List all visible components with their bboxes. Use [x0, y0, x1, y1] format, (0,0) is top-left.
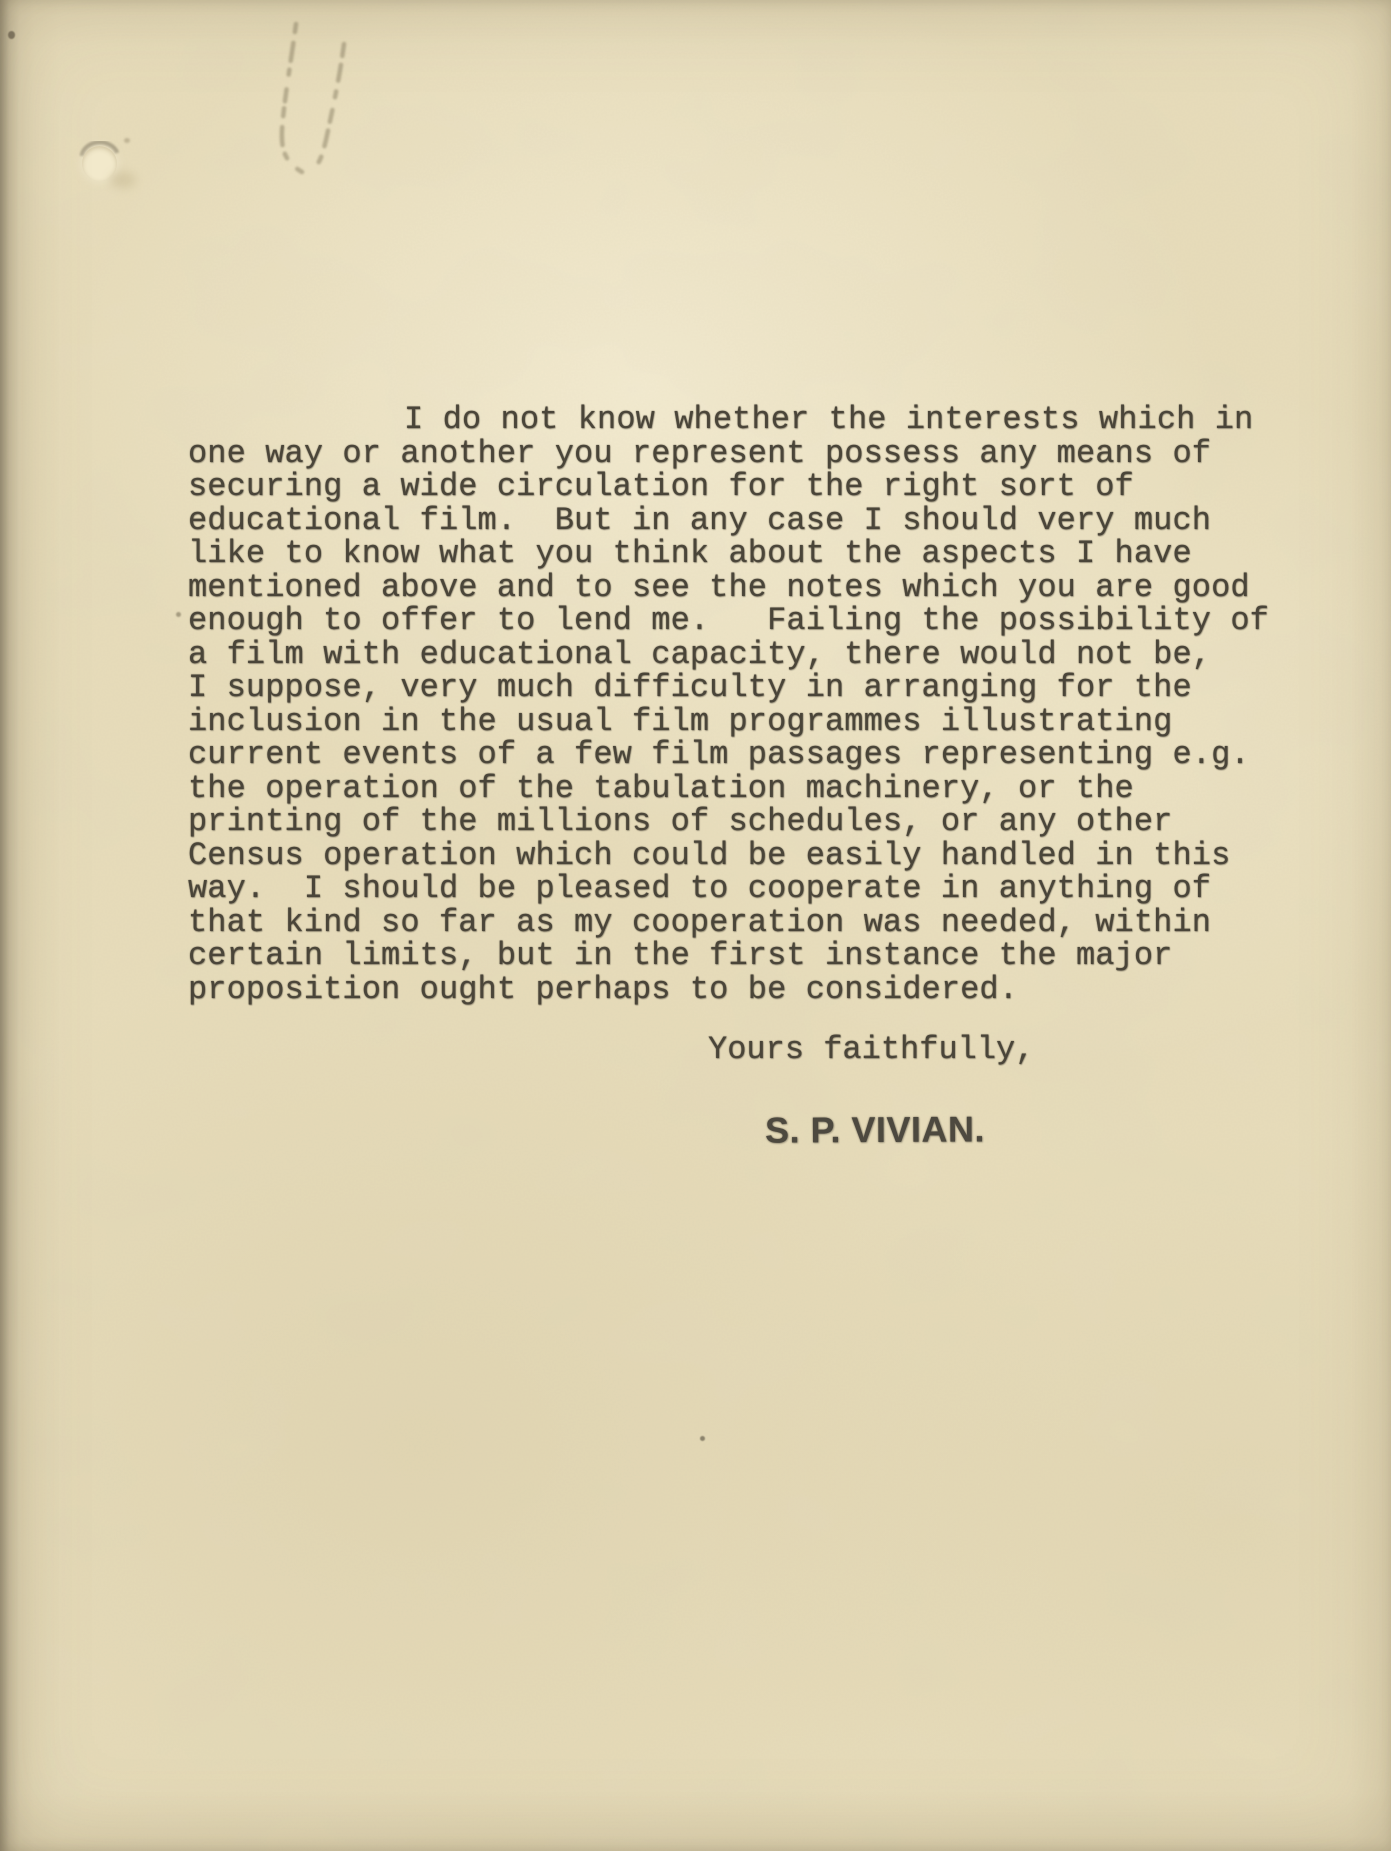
letter-line: inclusion in the usual film programmes i…: [188, 705, 1308, 739]
paper-speck: [124, 138, 130, 143]
letter-line: Census operation which could be easily h…: [188, 839, 1308, 873]
paper-speck: [8, 31, 15, 39]
letter-line: that kind so far as my cooperation was n…: [188, 906, 1308, 940]
letter-line: current events of a few film passages re…: [188, 738, 1308, 772]
letter-line: a film with educational capacity, there …: [188, 638, 1308, 672]
signature-stamp: S. P. VIVIAN.: [765, 1109, 985, 1150]
closing-line: Yours faithfully,: [708, 1033, 1034, 1067]
letter-line: like to know what you think about the as…: [188, 537, 1308, 571]
paper-speck: [176, 612, 181, 617]
letter-line: proposition ought perhaps to be consider…: [188, 973, 1308, 1007]
letter-line: I suppose, very much difficulty in arran…: [188, 671, 1308, 705]
letter-line: enough to offer to lend me. Failing the …: [188, 604, 1308, 638]
letter-line: securing a wide circulation for the righ…: [188, 470, 1308, 504]
letter-line: the operation of the tabulation machiner…: [188, 772, 1308, 806]
pencil-mark: [282, 24, 344, 172]
letter-line: mentioned above and to see the notes whi…: [188, 571, 1308, 605]
letter-line: printing of the millions of schedules, o…: [188, 805, 1308, 839]
letter-line: I do not know whether the interests whic…: [188, 403, 1308, 437]
punch-hole-smudge: [110, 172, 136, 188]
letter-line: one way or another you represent possess…: [188, 437, 1308, 471]
letter-line: certain limits, but in the first instanc…: [188, 939, 1308, 973]
letter-body: I do not know whether the interests whic…: [188, 403, 1308, 1006]
letter-page: I do not know whether the interests whic…: [0, 0, 1391, 1851]
paper-speck: [700, 1436, 705, 1441]
letter-line: educational film. But in any case I shou…: [188, 504, 1308, 538]
letter-line: way. I should be pleased to cooperate in…: [188, 872, 1308, 906]
